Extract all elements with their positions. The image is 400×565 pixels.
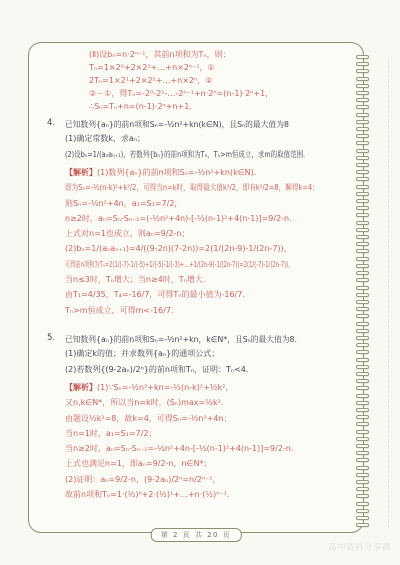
spiral-ring bbox=[356, 516, 369, 520]
notebook-page: (Ⅱ)设bₙ=n·2ⁿ⁻¹，其前n项和为Tₙ，则： Tₙ=1×2⁰+2×2¹+…… bbox=[28, 42, 364, 533]
text-line: ∴Sₙ=Tₙ+n=(n-1)·2ⁿ+n+1. bbox=[89, 100, 273, 113]
spiral-ring bbox=[356, 408, 369, 412]
spiral-ring bbox=[356, 437, 369, 441]
spiral-ring bbox=[356, 120, 369, 124]
spiral-ring bbox=[356, 415, 369, 419]
problem-5-item2: (2)若数列{(9-2aₙ)/2ⁿ}的前n项和Tₙ，证明：Tₙ<4. bbox=[65, 361, 304, 378]
text-line: 由题设½k²=8，故k=4，可得Sₙ=-½n²+4n； bbox=[65, 411, 293, 426]
text-line: 故前n项和Tₙ=1·(½)⁰+2·(½)¹+…+n·(½)ⁿ⁻¹. bbox=[65, 487, 293, 502]
spiral-ring bbox=[356, 221, 369, 225]
text-line: 当n≤3时，Tₙ增大；当n≥4时，Tₙ增大. bbox=[65, 272, 363, 287]
spiral-ring bbox=[356, 444, 369, 448]
text-line: 则Sₙ=-½n²+4n，a₁=S₁=7/2， bbox=[65, 196, 363, 211]
spiral-ring bbox=[356, 430, 369, 434]
problem-4-block: 4. 已知数列{aₙ}的前n项和Sₙ=-½n²+kn(k∈N)，且Sₙ的最大值为… bbox=[65, 118, 361, 163]
text-line: 由T₁=4/35，T₄=-16/7，可得Tₙ的最小值为-16/7. bbox=[65, 287, 363, 302]
spiral-ring bbox=[356, 163, 369, 167]
analysis-label: 【解析】 bbox=[65, 168, 97, 177]
problem-5-item1: (1)确定k的值；并求数列{aₙ}的通项公式； bbox=[65, 347, 304, 361]
page-number-badge: 第 2 页 共 20 页 bbox=[151, 528, 242, 542]
spiral-ring bbox=[356, 113, 369, 117]
problem-4-title: 已知数列{aₙ}的前n项和Sₙ=-½n²+kn(k∈N)，且Sₙ的最大值为8 bbox=[65, 118, 353, 132]
spiral-ring bbox=[356, 487, 369, 491]
spiral-ring bbox=[356, 264, 369, 268]
spiral-ring bbox=[356, 105, 369, 109]
spiral-ring bbox=[356, 55, 369, 59]
text-line: 2Tₙ=1×2¹+2×2²+…+n×2ⁿ，② bbox=[89, 74, 273, 87]
spiral-ring bbox=[356, 386, 369, 390]
problem-4-number: 4. bbox=[47, 118, 55, 128]
solution-4-block: 【解析】(1)数列{aₙ}的前n项和Sₙ=-½n²+kn(k∈N). 即为Sₙ=… bbox=[65, 165, 363, 318]
spiral-ring bbox=[356, 336, 369, 340]
spiral-ring bbox=[356, 242, 369, 246]
spiral-ring bbox=[356, 494, 369, 498]
spiral-ring bbox=[356, 141, 369, 145]
spiral-ring bbox=[356, 329, 369, 333]
text-line: (1)数列{aₙ}的前n项和Sₙ=-½n²+kn(k∈N). bbox=[97, 168, 256, 177]
text-line: 【解析】(1)数列{aₙ}的前n项和Sₙ=-½n²+kn(k∈N). bbox=[65, 165, 363, 180]
spiral-ring bbox=[356, 293, 369, 297]
text-line: 即为Sₙ=-½(n-k)²+k²/2，可得当n=k时，取得最大值k²/2，即有k… bbox=[65, 180, 357, 195]
solution-5-block: 【解析】(1)∵Sₙ=-½n²+kn=-½(n-k)²+½k²， 又n,k∈N*… bbox=[65, 380, 293, 502]
spiral-ring bbox=[356, 422, 369, 426]
text-line: 当n≥2时，aₙ=Sₙ-Sₙ₋₁=-½n²+4n-[-½(n-1)²+4(n-1… bbox=[65, 441, 293, 456]
spiral-ring bbox=[356, 509, 369, 513]
text-line: 【解析】(1)∵Sₙ=-½n²+kn=-½(n-k)²+½k²， bbox=[65, 380, 293, 395]
text-line: 上式也满足n=1，即aₙ=9/2-n，n∈N*； bbox=[65, 456, 293, 471]
spiral-ring bbox=[356, 235, 369, 239]
spiral-ring bbox=[356, 77, 369, 81]
spiral-ring bbox=[356, 127, 369, 131]
solution-part2-block: (Ⅱ)设bₙ=n·2ⁿ⁻¹，其前n项和为Tₙ，则： Tₙ=1×2⁰+2×2¹+…… bbox=[89, 48, 273, 113]
spiral-ring bbox=[356, 379, 369, 383]
spiral-ring bbox=[356, 213, 369, 217]
text-line: Tₙ>m恒成立，可得m<-16/7. bbox=[65, 303, 363, 318]
spiral-ring bbox=[356, 257, 369, 261]
spiral-ring bbox=[356, 372, 369, 376]
spiral-ring bbox=[356, 451, 369, 455]
spiral-ring bbox=[356, 314, 369, 318]
text-line: Tₙ=1×2⁰+2×2¹+…+n×2ⁿ⁻¹，① bbox=[89, 61, 273, 74]
spiral-ring bbox=[356, 401, 369, 405]
spiral-ring bbox=[356, 192, 369, 196]
spiral-ring bbox=[356, 350, 369, 354]
text-line: n≥2时，aₙ=Sₙ-Sₙ₋₁=(-½n²+4n)-[-½(n-1)²+4(n-… bbox=[65, 211, 363, 226]
text-line: ②－①，得Tₙ=-2⁰-2¹-…-2ⁿ⁻¹+n·2ⁿ=(n-1)·2ⁿ+1， bbox=[89, 87, 273, 100]
spiral-ring bbox=[356, 286, 369, 290]
spiral-ring bbox=[356, 343, 369, 347]
scanned-workbook-page: { "header_solution": { "lines": [ "(Ⅱ)设b… bbox=[0, 0, 400, 565]
page-stack-edge bbox=[388, 60, 389, 528]
spiral-ring bbox=[356, 278, 369, 282]
page-content-area: (Ⅱ)设bₙ=n·2ⁿ⁻¹，其前n项和为Tₙ，则： Tₙ=1×2⁰+2×2¹+…… bbox=[29, 43, 363, 532]
spiral-ring bbox=[356, 358, 369, 362]
spiral-ring bbox=[356, 458, 369, 462]
spiral-ring bbox=[356, 502, 369, 506]
spiral-ring bbox=[356, 149, 369, 153]
spiral-ring bbox=[356, 249, 369, 253]
spiral-binding bbox=[356, 55, 371, 528]
spiral-ring bbox=[356, 480, 369, 484]
spiral-ring bbox=[356, 523, 369, 527]
text-line: (Ⅱ)设bₙ=n·2ⁿ⁻¹，其前n项和为Tₙ，则： bbox=[89, 48, 273, 61]
spiral-ring bbox=[356, 322, 369, 326]
spiral-ring bbox=[356, 365, 369, 369]
spiral-ring bbox=[356, 394, 369, 398]
text-line: (2)bₙ=1/(aₙaₙ₊₁)=4/((9-2n)(7-2n))=2(1/(2… bbox=[65, 241, 363, 256]
problem-5-title: 已知数列{aₙ}的前n项和Sₙ=-½n²+kn，k∈N*，且Sₙ的最大值为8. bbox=[65, 333, 297, 347]
spiral-ring bbox=[356, 84, 369, 88]
text-line: 可得前n项和为Tₙ=2(1/(-7)-1/(-5)+1/(-5)-1/(-3)+… bbox=[65, 257, 293, 272]
spiral-ring bbox=[356, 170, 369, 174]
problem-4-item2: (2)设bₙ=1/(aₙaₙ₊₁)，若数列{bₙ}的前n项和为Tₙ，Tₙ>m恒成… bbox=[65, 146, 305, 163]
text-line: (2)证明：aₙ=9/2-n，(9-2aₙ)/2ⁿ=n/2ⁿ⁻¹， bbox=[65, 472, 293, 487]
text-line: 又n,k∈N*，所以当n=k时，(Sₙ)max=½k². bbox=[65, 395, 293, 410]
spiral-ring bbox=[356, 466, 369, 470]
spiral-ring bbox=[356, 98, 369, 102]
problem-4-item1: (1)确定常数k，求aₙ； bbox=[65, 132, 361, 146]
problem-5-block: 5. 已知数列{aₙ}的前n项和Sₙ=-½n²+kn，k∈N*，且Sₙ的最大值为… bbox=[65, 333, 304, 378]
analysis-label: 【解析】 bbox=[65, 383, 97, 392]
text-line: 当n=1时，a₁=S₁=7/2； bbox=[65, 426, 293, 441]
spiral-ring bbox=[356, 271, 369, 275]
spiral-ring bbox=[356, 134, 369, 138]
spiral-ring bbox=[356, 156, 369, 160]
watermark: 高中资料分享群 bbox=[328, 541, 391, 553]
problem-5-number: 5. bbox=[47, 333, 55, 343]
spiral-ring bbox=[356, 69, 369, 73]
spiral-ring bbox=[356, 206, 369, 210]
spiral-ring bbox=[356, 199, 369, 203]
spiral-ring bbox=[356, 91, 369, 95]
spiral-ring bbox=[356, 228, 369, 232]
spiral-ring bbox=[356, 177, 369, 181]
spiral-ring bbox=[356, 300, 369, 304]
spiral-ring bbox=[356, 185, 369, 189]
text-line: (1)∵Sₙ=-½n²+kn=-½(n-k)²+½k²， bbox=[97, 383, 233, 392]
text-line: 上式对n=1也成立，则aₙ=9/2-n； bbox=[65, 226, 363, 241]
spiral-ring bbox=[356, 62, 369, 66]
spiral-ring bbox=[356, 307, 369, 311]
spiral-ring bbox=[356, 473, 369, 477]
